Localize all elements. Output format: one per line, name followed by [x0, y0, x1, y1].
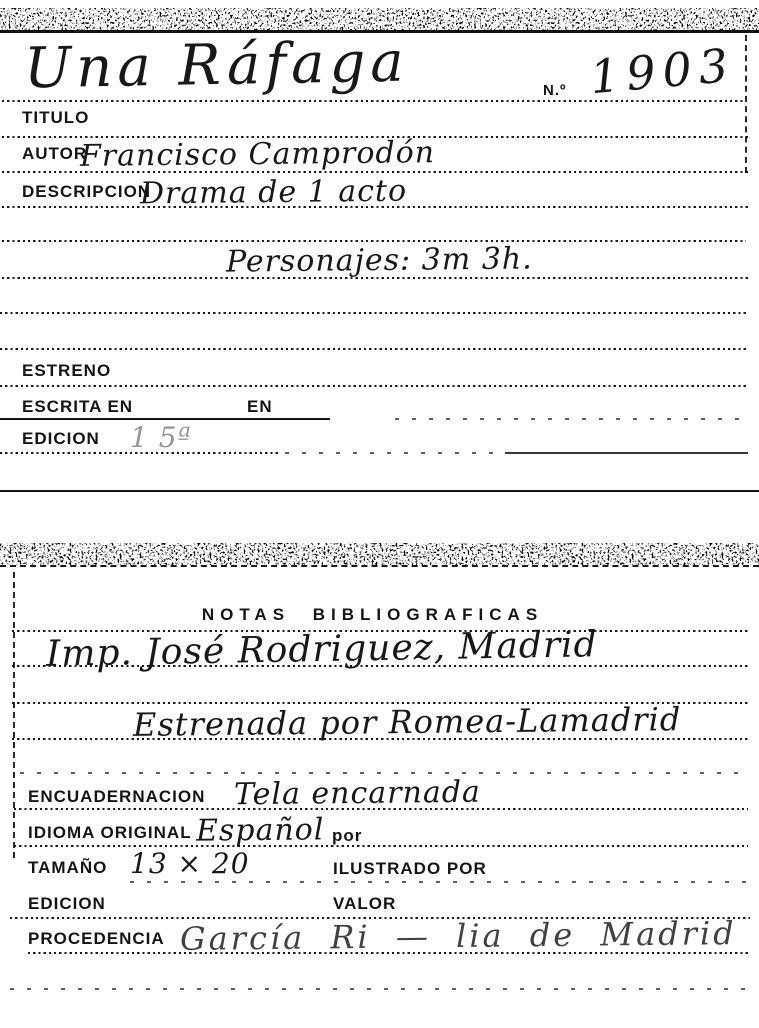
ruled-line: [10, 988, 750, 990]
field-label-edicion-bottom: EDICION: [28, 894, 106, 914]
field-label-valor: VALOR: [333, 894, 396, 914]
field-label-por: por: [332, 826, 362, 846]
ruled-line: [20, 772, 748, 774]
speckle-texture-top: [0, 8, 759, 30]
field-label-en: EN: [247, 397, 273, 417]
idioma-original-value-handwritten: Español: [196, 815, 325, 846]
ruled-line: [0, 348, 748, 350]
ruled-line: [130, 881, 748, 883]
notas-bibliograficas-header: NOTAS BIBLIOGRAFICAS: [0, 605, 745, 625]
field-label-procedencia: PROCEDENCIA: [28, 929, 165, 949]
field-label-titulo: TITULO: [22, 108, 89, 128]
catalog-card-scan: Una Ráfaga N.º 1903 TITULO AUTOR Francis…: [0, 0, 759, 1028]
speckle-texture-bottom: [0, 543, 759, 565]
field-label-autor: AUTOR: [22, 144, 87, 164]
ruled-line: [285, 452, 500, 454]
ruled-line: [0, 385, 748, 387]
descripcion-value-handwritten: Drama de 1 acto: [140, 177, 407, 210]
edicion-value-handwritten: 1 5ª: [130, 424, 192, 452]
field-label-encuadernacion: ENCUADERNACION: [28, 787, 205, 807]
ruled-line: [395, 418, 748, 420]
ruled-line: [0, 418, 330, 420]
card-bottom-line: [0, 490, 759, 492]
field-label-ilustrado-por: ILUSTRADO POR: [333, 859, 487, 879]
decorative-speckle-band-bottom: [0, 543, 759, 567]
number-label: N.º: [543, 82, 566, 99]
field-label-edicion-top: EDICION: [22, 429, 100, 449]
procedencia-value-handwritten: García Ri — lia de Madrid: [180, 917, 737, 955]
card-right-edge-dashed: [745, 35, 747, 173]
title-handwritten: Una Ráfaga: [24, 35, 410, 98]
personajes-note-handwritten: Personajes: 3m 3h.: [226, 244, 533, 277]
ruled-line: [505, 452, 748, 454]
field-label-escrita-en: ESCRITA EN: [22, 397, 133, 417]
field-label-descripcion: DESCRIPCION: [22, 182, 151, 202]
number-value-handwritten: 1903: [588, 42, 737, 100]
ruled-line: [0, 312, 748, 314]
imprenta-note-handwritten: Imp. José Rodriguez, Madrid: [46, 627, 598, 673]
ruled-line: [2, 240, 746, 242]
tamano-value-handwritten: 13 × 20: [130, 850, 250, 878]
field-label-idioma-original: IDIOMA ORIGINAL: [28, 823, 192, 843]
field-label-tamano: TAMAÑO: [28, 858, 107, 878]
encuadernacion-value-handwritten: Tela encarnada: [234, 778, 481, 811]
estrenada-note-handwritten: Estrenada por Romea-Lamadrid: [133, 703, 682, 741]
autor-value-handwritten: Francisco Camprodón: [80, 138, 435, 172]
ruled-line: [14, 845, 748, 847]
field-label-estreno: ESTRENO: [22, 361, 111, 381]
